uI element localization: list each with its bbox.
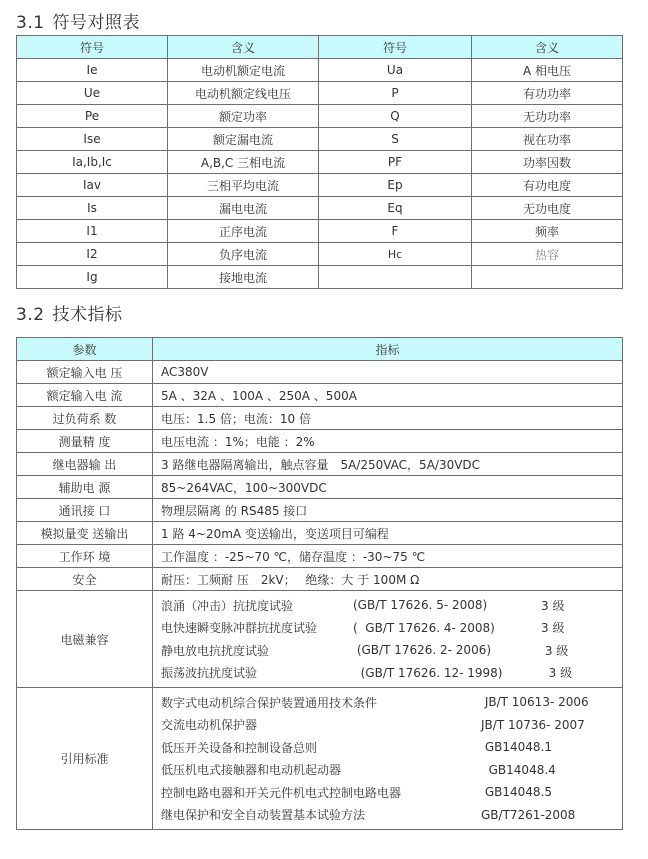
standard-item: 低压机电式接触器和电动机起动器 GB14048.4 — [161, 759, 622, 782]
emc-list: 浪涌（冲击）抗扰度试验(GB/T 17626. 5- 2008)3 级 电快速瞬… — [153, 591, 623, 688]
symbol-cell: Q — [319, 105, 472, 128]
emc-level: 3 级 — [541, 597, 581, 614]
symbol-cell: P — [319, 82, 472, 105]
emc-test: 电快速瞬变脉冲群抗扰度试验 — [161, 619, 353, 636]
table-row: Ie电动机额定电流UaA 相电压 — [17, 59, 623, 82]
standard-code: GB14048.1 — [481, 740, 621, 754]
standard-code: JB/T 10736- 2007 — [481, 718, 621, 732]
emc-standard: (GB/T 17626. 2- 2006) — [353, 643, 541, 657]
param-cell: 模拟量变 送输出 — [17, 522, 153, 545]
meaning-cell: 频率 — [472, 220, 623, 243]
table-row: 继电器输 出3 路继电器隔离输出，触点容量 5A/250VAC，5A/30VDC — [17, 453, 623, 476]
standard-code: GB/T7261-2008 — [481, 808, 621, 822]
emc-item: 静电放电抗扰度试验 (GB/T 17626. 2- 2006) 3 级 — [161, 639, 622, 662]
emc-level: 3 级 — [541, 642, 581, 659]
symbol-cell: Ie — [17, 59, 168, 82]
param-cell: 通讯接 口 — [17, 499, 153, 522]
symbol-cell — [319, 266, 472, 289]
standard-name: 控制电路电器和开关元件机电式控制电路电器 — [161, 784, 481, 801]
table-row: Iav三相平均电流Ep有功电度 — [17, 174, 623, 197]
header-symbol: 符号 — [17, 36, 168, 59]
param-cell: 辅助电 源 — [17, 476, 153, 499]
table-row: Ia,Ib,IcA,B,C 三相电流PF功率因数 — [17, 151, 623, 174]
standard-name: 继电保护和安全自动装置基本试验方法 — [161, 806, 481, 823]
table-row: Ig接地电流 — [17, 266, 623, 289]
symbol-cell: PF — [319, 151, 472, 174]
standard-item: 继电保护和安全自动装置基本试验方法GB/T7261-2008 — [161, 804, 622, 827]
meaning-cell: 有功功率 — [472, 82, 623, 105]
table-row: 模拟量变 送输出1 路 4~20mA 变送输出，变送项目可编程 — [17, 522, 623, 545]
param-cell: 测量精 度 — [17, 430, 153, 453]
standard-item: 交流电动机保护器JB/T 10736- 2007 — [161, 714, 622, 737]
table-row: Ise额定漏电流S视在功率 — [17, 128, 623, 151]
standard-item: 数字式电动机综合保护装置通用技术条件 JB/T 10613- 2006 — [161, 691, 622, 714]
header-meaning: 含义 — [168, 36, 319, 59]
symbol-cell: Ig — [17, 266, 168, 289]
standard-name: 低压机电式接触器和电动机起动器 — [161, 761, 481, 778]
emc-test: 静电放电抗扰度试验 — [161, 642, 353, 659]
value-cell: 85~264VAC，100~300VDC — [153, 476, 623, 499]
value-cell: 电压电流 ：1%；电能 ：2% — [153, 430, 623, 453]
value-cell: 1 路 4~20mA 变送输出，变送项目可编程 — [153, 522, 623, 545]
meaning-cell: 有功电度 — [472, 174, 623, 197]
header-symbol: 符号 — [319, 36, 472, 59]
meaning-cell: 负序电流 — [168, 243, 319, 266]
section-title-symbols: 3.1符号对照表 — [16, 8, 140, 33]
table-row: 辅助电 源85~264VAC，100~300VDC — [17, 476, 623, 499]
param-cell: 电磁兼容 — [17, 591, 153, 688]
symbol-cell: Eq — [319, 197, 472, 220]
standards-list: 数字式电动机综合保护装置通用技术条件 JB/T 10613- 2006 交流电动… — [153, 688, 623, 830]
meaning-cell: 漏电电流 — [168, 197, 319, 220]
table-row: 工作环 境工作温度 ：-25~70 ℃，储存温度 ：-30~75 ℃ — [17, 545, 623, 568]
standard-name: 数字式电动机综合保护装置通用技术条件 — [161, 694, 481, 711]
standard-code: GB14048.5 — [481, 785, 621, 799]
param-cell: 额定输入电 压 — [17, 361, 153, 384]
emc-item: 浪涌（冲击）抗扰度试验(GB/T 17626. 5- 2008)3 级 — [161, 594, 622, 617]
table-row: Is漏电电流Eq无功电度 — [17, 197, 623, 220]
table-row: 安全耐压：工频耐 压 2kV； 绝缘：大 于 100M Ω — [17, 568, 623, 591]
table-row: 额定输入电 流5A 、32A 、100A 、250A 、500A — [17, 384, 623, 407]
spec-table: 参数 指标 额定输入电 压AC380V 额定输入电 流5A 、32A 、100A… — [16, 337, 623, 830]
meaning-cell: 无功电度 — [472, 197, 623, 220]
value-cell: 3 路继电器隔离输出，触点容量 5A/250VAC，5A/30VDC — [153, 453, 623, 476]
meaning-cell: 三相平均电流 — [168, 174, 319, 197]
value-cell: 耐压：工频耐 压 2kV； 绝缘：大 于 100M Ω — [153, 568, 623, 591]
param-cell: 工作环 境 — [17, 545, 153, 568]
table-row: 过负荷系 数电压：1.5 倍；电流：10 倍 — [17, 407, 623, 430]
value-cell: 工作温度 ：-25~70 ℃，储存温度 ：-30~75 ℃ — [153, 545, 623, 568]
standard-code: JB/T 10613- 2006 — [481, 695, 621, 709]
meaning-cell: 电动机额定线电压 — [168, 82, 319, 105]
standards-row: 引用标准 数字式电动机综合保护装置通用技术条件 JB/T 10613- 2006… — [17, 688, 623, 830]
emc-row: 电磁兼容 浪涌（冲击）抗扰度试验(GB/T 17626. 5- 2008)3 级… — [17, 591, 623, 688]
header-meaning: 含义 — [472, 36, 623, 59]
standard-name: 交流电动机保护器 — [161, 716, 481, 733]
section-title-specs: 3.2技术指标 — [16, 300, 123, 325]
header-parameter: 参数 — [17, 338, 153, 361]
emc-item: 振荡波抗扰度试验 (GB/T 17626. 12- 1998) 3 级 — [161, 662, 622, 685]
header-specification: 指标 — [153, 338, 623, 361]
symbol-cell: Ise — [17, 128, 168, 151]
table-row: I1正序电流F频率 — [17, 220, 623, 243]
symbol-table: 符号 含义 符号 含义 Ie电动机额定电流UaA 相电压 Ue电动机额定线电压P… — [16, 35, 623, 289]
value-cell: 5A 、32A 、100A 、250A 、500A — [153, 384, 623, 407]
table-header-row: 符号 含义 符号 含义 — [17, 36, 623, 59]
emc-item: 电快速瞬变脉冲群抗扰度试验( GB/T 17626. 4- 2008)3 级 — [161, 617, 622, 640]
param-cell: 引用标准 — [17, 688, 153, 830]
symbol-cell: Ia,Ib,Ic — [17, 151, 168, 174]
standard-name: 低压开关设备和控制设备总则 — [161, 739, 481, 756]
meaning-cell: 接地电流 — [168, 266, 319, 289]
standard-item: 控制电路电器和开关元件机电式控制电路电器 GB14048.5 — [161, 781, 622, 804]
table-row: 测量精 度电压电流 ：1%；电能 ：2% — [17, 430, 623, 453]
meaning-cell: 热容 — [472, 243, 623, 266]
emc-standard: (GB/T 17626. 5- 2008) — [353, 598, 541, 612]
emc-test: 浪涌（冲击）抗扰度试验 — [161, 597, 353, 614]
meaning-cell: A 相电压 — [472, 59, 623, 82]
param-cell: 过负荷系 数 — [17, 407, 153, 430]
param-cell: 安全 — [17, 568, 153, 591]
table-row: I2负序电流Hc热容 — [17, 243, 623, 266]
symbol-cell: Ep — [319, 174, 472, 197]
table-header-row: 参数 指标 — [17, 338, 623, 361]
value-cell: AC380V — [153, 361, 623, 384]
emc-standard: ( GB/T 17626. 4- 2008) — [353, 621, 541, 635]
symbol-cell: Pe — [17, 105, 168, 128]
section-number: 3.1 — [16, 13, 45, 33]
table-row: 通讯接 口物理层隔离 的 RS485 接口 — [17, 499, 623, 522]
table-row: Pe额定功率Q无功功率 — [17, 105, 623, 128]
meaning-cell: 电动机额定电流 — [168, 59, 319, 82]
meaning-cell — [472, 266, 623, 289]
table-row: 额定输入电 压AC380V — [17, 361, 623, 384]
symbol-cell: Ua — [319, 59, 472, 82]
symbol-cell: S — [319, 128, 472, 151]
param-cell: 额定输入电 流 — [17, 384, 153, 407]
symbol-cell: I2 — [17, 243, 168, 266]
value-cell: 电压：1.5 倍；电流：10 倍 — [153, 407, 623, 430]
emc-level: 3 级 — [541, 619, 581, 636]
standard-item: 低压开关设备和控制设备总则 GB14048.1 — [161, 736, 622, 759]
emc-level: 3 级 — [541, 664, 581, 681]
meaning-cell: 额定漏电流 — [168, 128, 319, 151]
section-heading: 技术指标 — [53, 305, 123, 325]
section-heading: 符号对照表 — [53, 13, 141, 33]
table-row: Ue电动机额定线电压P有功功率 — [17, 82, 623, 105]
meaning-cell: 额定功率 — [168, 105, 319, 128]
meaning-cell: 正序电流 — [168, 220, 319, 243]
param-cell: 继电器输 出 — [17, 453, 153, 476]
symbol-cell: Iav — [17, 174, 168, 197]
symbol-cell: I1 — [17, 220, 168, 243]
emc-test: 振荡波抗扰度试验 — [161, 664, 353, 681]
section-number: 3.2 — [16, 305, 45, 325]
meaning-cell: 无功功率 — [472, 105, 623, 128]
symbol-cell: Is — [17, 197, 168, 220]
meaning-cell: 功率因数 — [472, 151, 623, 174]
standard-code: GB14048.4 — [481, 763, 621, 777]
value-cell: 物理层隔离 的 RS485 接口 — [153, 499, 623, 522]
symbol-cell: F — [319, 220, 472, 243]
meaning-cell: A,B,C 三相电流 — [168, 151, 319, 174]
symbol-cell: Ue — [17, 82, 168, 105]
meaning-cell: 视在功率 — [472, 128, 623, 151]
emc-standard: (GB/T 17626. 12- 1998) — [353, 666, 541, 680]
symbol-cell: Hc — [319, 243, 472, 266]
